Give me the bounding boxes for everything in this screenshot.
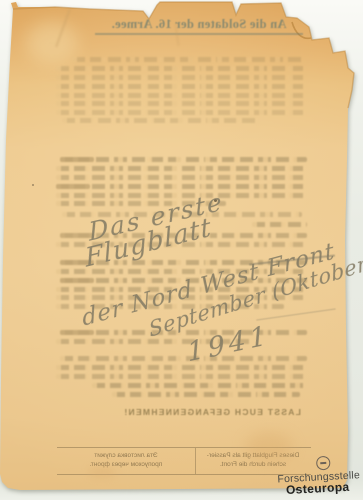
handwriting-line: 1941 <box>186 320 272 369</box>
handwriting-layer: Das erste Flugblatt der Nord West Front … <box>0 0 363 500</box>
archive-stamp: Forschungsstelle Osteuropa <box>250 452 362 500</box>
stamp-circle-icon <box>316 456 331 471</box>
leaflet-scan: An die Soldaten der 16. Armee. LASST EUC… <box>0 0 363 500</box>
pencil-stroke <box>256 308 335 321</box>
stamp-institution-line2: Osteuropa <box>286 480 350 497</box>
stamp-dash-icon <box>320 462 326 464</box>
